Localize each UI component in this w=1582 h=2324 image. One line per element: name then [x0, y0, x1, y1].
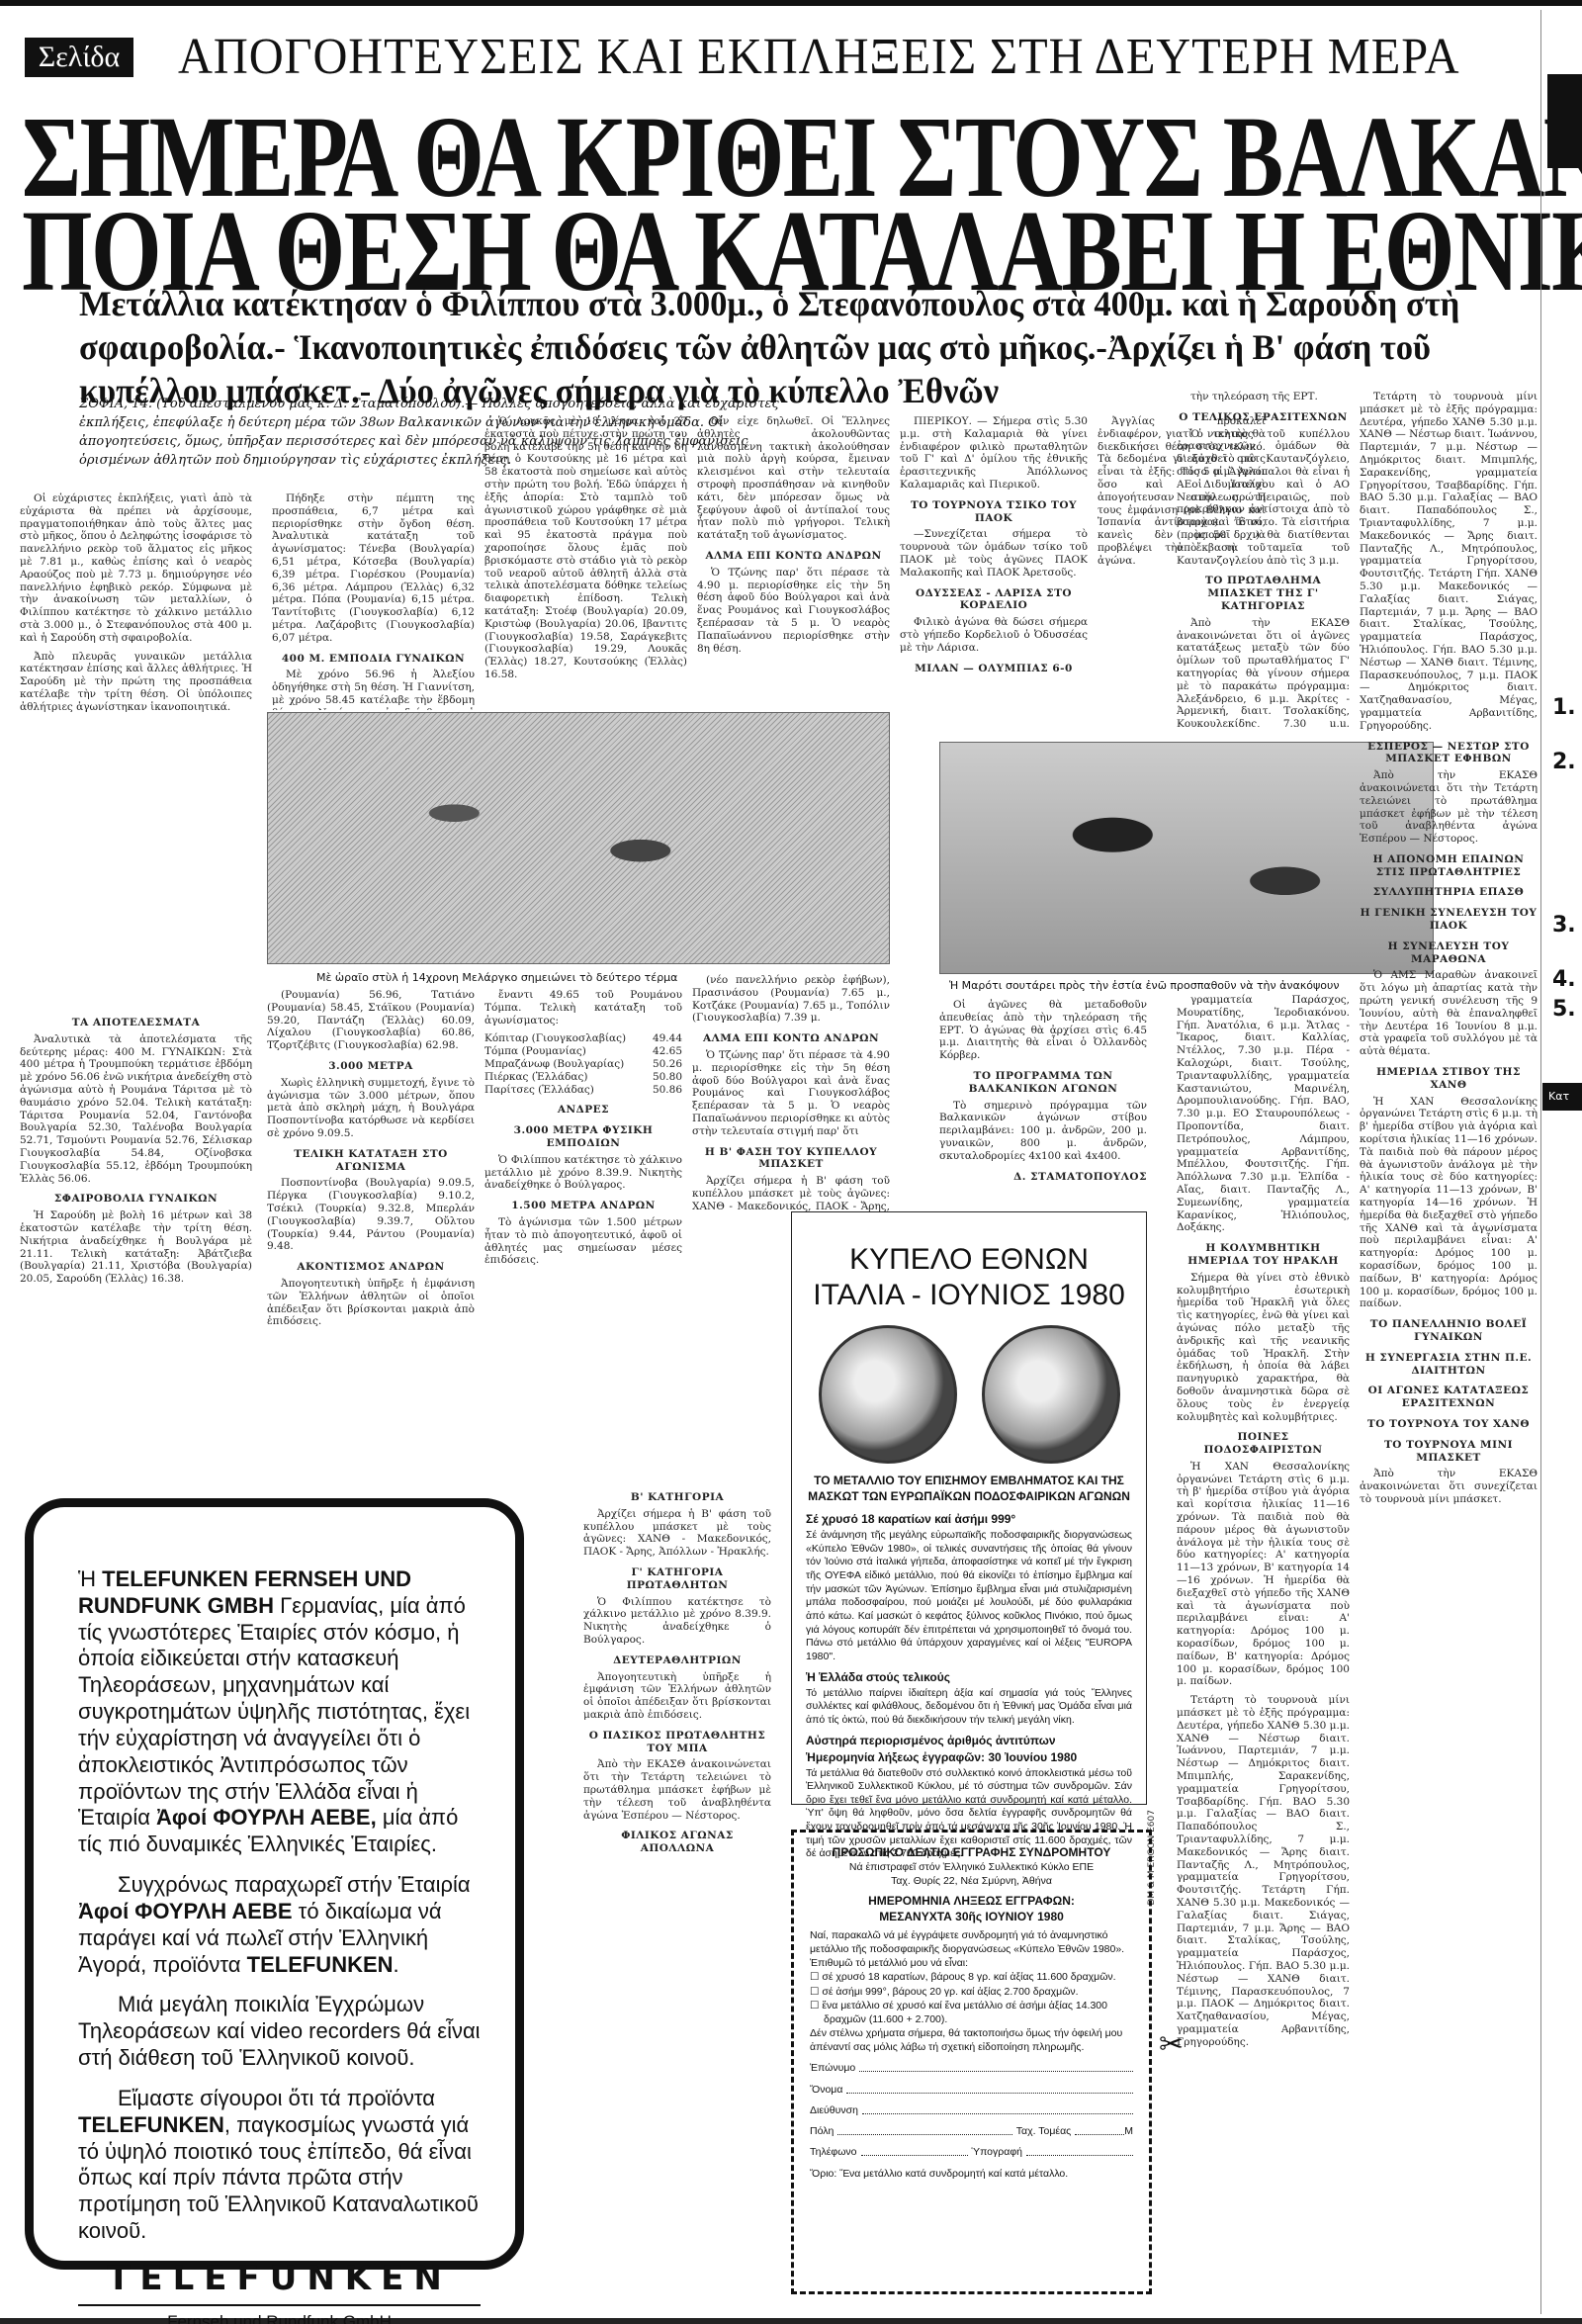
- article-paragraph: Ἀναλυτικὰ τὰ ἀποτελέσματα τῆς δεύτερης μ…: [20, 1033, 252, 1186]
- checkbox-icon[interactable]: ☐: [810, 1971, 822, 1983]
- euro-1980-medal-advertisement: ΚΥΠΕΛΟ ΕΘΝΩΝ ΙΤΑΛΙΑ - ΙΟΥΝΙΟΣ 1980 ΤΟ ΜΕ…: [791, 1211, 1147, 1805]
- section-heading: ΑΝΔΡΕΣ: [484, 1104, 682, 1117]
- coupon-option-both[interactable]: ☐ ἕνα μετάλλιο σέ χρυσό καί ἕνα μετάλλιο…: [810, 1999, 1133, 2026]
- article-paragraph: Ἡ ΧΑΝ Θεσσαλονίκης ὀργανώνει Τετάρτη στὶ…: [1360, 1096, 1538, 1311]
- result-row: Μπραζάνωφ (Βουλγαρίας)50.26: [484, 1058, 682, 1071]
- surname-input-line[interactable]: [859, 2061, 1133, 2072]
- article-paragraph: Ἀπὸ τὴν ΕΚΑΣΘ ἀνακοινώνεται ὅτι συνεχίζε…: [1360, 1468, 1538, 1505]
- name-input-line[interactable]: [846, 2083, 1133, 2094]
- article-paragraph: Ἀπογοητευτικὴ ὑπῆρξε ἡ ἐμφάνιση τῶν Ἑλλή…: [583, 1671, 771, 1722]
- results-column-a: (Ρουμανία) 56.96, Τατιάνο (Ρουμανία) 58.…: [267, 989, 475, 1474]
- page-edge-divider: [1540, 10, 1541, 2314]
- sports-column-1: Οἱ ἀγῶνες θὰ μεταδοθοῦν ἀπευθείας ἀπὸ τὴ…: [939, 999, 1147, 1202]
- section-heading: ΤΟ ΠΡΩΤΑΘΛΗΜΑ ΜΠΑΣΚΕΤ ΤΗΣ Γ' ΚΑΤΗΓΟΡΙΑΣ: [1177, 575, 1350, 612]
- section-heading: Ο ΠΑΣΙΚΟΣ ΠΡΩΤΑΘΛΗΤΗΣ ΤΟΥ ΜΠΑ: [583, 1730, 771, 1755]
- coupon-return-to: Νά ἐπιστραφεῖ στόν Ἑλληνικό Συλλεκτικό Κ…: [810, 1860, 1133, 1874]
- article-paragraph: Μὲ χρόνο 56.96 ἡ Ἀλεξίου ὁδηγήθηκε στὴ 5…: [272, 669, 475, 710]
- checkbox-icon[interactable]: ☐: [810, 1986, 822, 1998]
- article-paragraph: Φιλικὸ ἀγώνα θὰ δώσει σήμερα στὸ γήπεδο …: [900, 616, 1088, 654]
- article-paragraph: δὲν εἶχε δηλωθεῖ. Οἱ Ἕλληνες ἀθλητὲς ἀκο…: [697, 415, 890, 542]
- results-column-b: ἔναντι 49.65 τοῦ Ρουμάνου Τόμπα. Τελικὴ …: [484, 989, 682, 1474]
- page-number-badge: Σελίδα 10: [25, 38, 133, 77]
- section-heading: ΑΛΜΑ ΕΠΙ ΚΟΝΤΩ ΑΝΔΡΩΝ: [697, 550, 890, 563]
- list-number: 4.: [1552, 969, 1582, 999]
- section-heading: ΑΛΜΑ ΕΠΙ ΚΟΝΤΩ ΑΝΔΡΩΝ: [692, 1032, 890, 1045]
- article-column-5: ΠΙΕΡΙΚΟΥ. — Σήμερα στὶς 5.30 μ.μ. στὴ Κα…: [900, 415, 1088, 732]
- phone-signature-field[interactable]: ΤηλέφωνοὙπογραφή: [810, 2145, 1133, 2159]
- section-heading: Η ΑΠΟΝΟΜΗ ΕΠΑΙΝΩΝ ΣΤΙΣ ΠΡΩΤΑΘΛΗΤΡΙΕΣ: [1360, 853, 1538, 879]
- results-column-d: Β' ΚΑΤΗΓΟΡΙΑ Ἀρχίζει σήμερα ἡ Β' φάση το…: [583, 1483, 771, 2304]
- adjacent-page-numbered-list: 1. 2. 3. 4. 5.: [1552, 697, 1582, 1053]
- top-border: [0, 0, 1582, 6]
- section-heading: ΤΕΛΙΚΗ ΚΑΤΑΤΑΞΗ ΣΤΟ ΑΓΩΝΙΣΜΑ: [267, 1148, 475, 1174]
- article-paragraph: Ὁ Τζώνης παρ' ὅτι πέρασε τὰ 4.90 μ. περι…: [697, 567, 890, 656]
- section-heading: ΟΔΥΣΣΕΑΣ - ΛΑΡΙΣΑ ΣΤΟ ΚΟΡΔΕΛΙΟ: [900, 587, 1088, 613]
- city-input-line[interactable]: [837, 2124, 1011, 2135]
- signature-input-line[interactable]: [1026, 2145, 1133, 2156]
- section-heading: Η ΓΕΝΙΚΗ ΣΥΝΕΛΕΥΣΗ ΤΟΥ ΠΑΟΚ: [1360, 907, 1538, 933]
- section-heading: ΦΙΛΙΚΟΣ ΑΓΩΝΑΣ ΑΠΟΛΛΩΝΑ: [583, 1830, 771, 1855]
- article-paragraph: Ὁ Φιλίππου κατέκτησε τὸ χάλκινο μετάλλιο…: [484, 1154, 682, 1192]
- ad-body: Σέ ἀνάμνηση τῆς μεγάλης εὐρωπαϊκῆς ποδοσ…: [806, 1529, 1132, 1663]
- checkbox-icon[interactable]: ☐: [810, 2000, 822, 2011]
- result-row: Παρίτσες (Ἑλλάδας)50.86: [484, 1084, 682, 1097]
- section-heading: Γ' ΚΑΤΗΓΟΡΙΑ ΠΡΩΤΑΘΛΗΤΩΝ: [583, 1566, 771, 1592]
- photo-caption: Ἡ Μαρότι σουτάρει πρὸς τὴν ἑστία ἐνῶ προ…: [949, 979, 1340, 992]
- address-input-line[interactable]: [862, 2103, 1133, 2114]
- coupon-deadline: ΜΕΣΑΝΥΧΤΑ 30ῆς ΙΟΥΝΙΟΥ 1980: [810, 1909, 1133, 1924]
- phone-input-line[interactable]: [861, 2145, 968, 2156]
- section-heading: ΠΟΙΝΕΣ ΠΟΔΟΣΦΑΙΡΙΣΤΩΝ: [1177, 1431, 1350, 1457]
- postal-input-line[interactable]: [1075, 2124, 1124, 2135]
- telefunken-logo-subtitle: Fernseh und Rundfunk GmbH: [78, 2312, 481, 2324]
- city-postal-field[interactable]: ΠόληΤαχ. ΤομέαςΜ: [810, 2124, 1133, 2138]
- ad-paragraph: Μιά μεγάλη ποικιλία Ἐγχρώμων Τηλεοράσεων…: [78, 1992, 481, 2071]
- article-paragraph: Ὁ Τζώνης παρ' ὅτι πέρασε τὰ 4.90 μ. περι…: [692, 1049, 890, 1138]
- coupon-option-silver[interactable]: ☐ σέ ἀσήμι 999°, βάρους 20 γρ. καί ἀξίας…: [810, 1985, 1133, 1999]
- section-heading: 3.000 ΜΕΤΡΑ ΦΥΣΙΚΗ ΕΜΠΟΔΙΩΝ: [484, 1124, 682, 1150]
- section-heading: Ο ΤΕΛΙΚΟΣ ΕΡΑΣΙΤΕΧΝΩΝ: [1177, 411, 1350, 424]
- list-number: 2.: [1552, 752, 1582, 915]
- article-paragraph: Σήμερα θὰ γίνει στὸ ἐθνικὸ κολυμβητήριο …: [1177, 1272, 1350, 1424]
- ad-paragraph: Συγχρόνως παραχωρεῖ στήν Ἑταιρία Ἀφοί ΦΟ…: [78, 1872, 481, 1978]
- coupon-option-gold[interactable]: ☐ σέ χρυσό 18 καρατίων, βάρους 8 γρ. καί…: [810, 1970, 1133, 1984]
- ad-subtitle: ΤΟ ΜΕΤΑΛΛΙΟ ΤΟΥ ΕΠΙΣΗΜΟΥ ΕΜΒΛΗΜΑΤΟΣ ΚΑΙ …: [806, 1474, 1132, 1504]
- section-heading: ΤΑ ΑΠΟΤΕΛΕΣΜΑΤΑ: [20, 1017, 252, 1029]
- ad-paragraph: Εἴμαστε σίγουροι ὅτι τά προϊόντα TELEFUN…: [78, 2086, 481, 2245]
- article-paragraph: Τετάρτη τὸ τουρνουὰ μίνι μπάσκετ μὲ τὸ ἑ…: [1360, 391, 1538, 733]
- article-paragraph: Πήδηξε στὴν πέμπτη της προσπάθεια, 6,7 μ…: [272, 492, 475, 645]
- kicker-headline: ΑΠΟΓΟΗΤΕΥΣΕΙΣ ΚΑΙ ΕΚΠΛΗΞΕΙΣ ΣΤΗ ΔΕΥΤΕΡΗ …: [178, 28, 1420, 86]
- ad-body: Τό μετάλλιο παίρνει ἰδιαίτερη ἀξία καί σ…: [806, 1687, 1132, 1728]
- address-field[interactable]: Διεύθυνση: [810, 2103, 1133, 2117]
- sports-column-2-top: τὴν τηλεόραση τῆς ΕΡΤ. Ο ΤΕΛΙΚΟΣ ΕΡΑΣΙΤΕ…: [1177, 391, 1350, 727]
- photo-water-polo-goal: [267, 712, 890, 964]
- company-name: Ἀφοί ΦΟΥΡΛΗ ΑΕΒΕ: [78, 1899, 293, 1923]
- article-paragraph: Ποσποντίνοβα (Βουλγαρία) 9.09.5, Πέργκα …: [267, 1177, 475, 1253]
- sports-column-3: Τετάρτη τὸ τουρνουὰ μίνι μπάσκετ μὲ τὸ ἑ…: [1360, 391, 1538, 2309]
- medal-football-emblem-icon: [982, 1325, 1120, 1464]
- ad-heading: Αὐστηρά περιορισμένος ἀριθμός ἀντιτύπων: [806, 1734, 1132, 1747]
- section-heading: ΔΕΥΤΕΡΑΘΛΗΤΡΙΩΝ: [583, 1654, 771, 1667]
- coupon-limit-note: Ὅριο: Ἕνα μετάλλιο κατά συνδρομητή καί κ…: [810, 2167, 1133, 2181]
- coupon-deadline: ΗΜΕΡΟΜΗΝΙΑ ΛΗΞΕΩΣ ΕΓΓΡΑΦΩΝ:: [810, 1893, 1133, 1909]
- section-heading: 1.500 ΜΕΤΡΑ ΑΝΔΡΩΝ: [484, 1200, 682, 1212]
- byline: Δ. ΣΤΑΜΑΤΟΠΟΥΛΟΣ: [939, 1171, 1147, 1184]
- list-number: 1.: [1552, 697, 1582, 752]
- article-paragraph: Ἀπὸ τὴν ΕΚΑΣΘ ἀνακοινώνεται ὅτι τὴν Τετά…: [1360, 769, 1538, 846]
- section-heading: ΗΜΕΡΙΔΑ ΣΤΙΒΟΥ ΤΗΣ ΧΑΝΘ: [1360, 1066, 1538, 1092]
- article-paragraph: Τὸ ἀγώνισμα τῶν 1.500 μέτρων ἦταν τὸ πιὸ…: [484, 1216, 682, 1267]
- section-heading: ΣΥΛΛΥΠΗΤΗΡΙΑ ΕΠΑΣΘ: [1360, 886, 1538, 899]
- article-paragraph: Ἀπὸ τὴν ΕΚΑΣΘ ἀνακοινώνεται ὅτι οἱ ἀγῶνε…: [1177, 617, 1350, 727]
- article-column-4: δὲν εἶχε δηλωθεῖ. Οἱ Ἕλληνες ἀθλητὲς ἀκο…: [697, 415, 890, 707]
- coupon-intro: Ναί, παρακαλῶ νά μέ ἐγγράψετε συνδρομητή…: [810, 1928, 1133, 1971]
- ad-title-line2: ΙΤΑΛΙΑ - ΙΟΥΝΙΟΣ 1980: [806, 1278, 1132, 1313]
- section-heading: Η ΣΥΝΕΛΕΥΣΗ ΤΟΥ ΜΑΡΑΘΩΝΑ: [1360, 940, 1538, 966]
- adjacent-page-strip: Κατ: [1542, 1083, 1582, 1111]
- section-heading: Η Β' ΦΑΣΗ ΤΟΥ ΚΥΠΕΛΛΟΥ ΜΠΑΣΚΕΤ: [692, 1146, 890, 1172]
- article-paragraph: Χωρὶς ἑλληνικὴ συμμετοχή, ἔγινε τὸ ἀγώνι…: [267, 1077, 475, 1140]
- article-paragraph: Ὁ ΑΜΣ Μαραθὼν ἀνακοινεῖ ὅτι λόγω μὴ ἀπαρ…: [1360, 969, 1538, 1058]
- section-heading: 400 Μ. ΕΜΠΟΔΙΑ ΓΥΝΑΙΚΩΝ: [272, 653, 475, 666]
- scissors-icon: ✂: [1159, 2027, 1184, 2062]
- article-paragraph: Τὸ σημερινὸ πρόγραμμα τῶν Βαλκανικῶν ἀγώ…: [939, 1100, 1147, 1163]
- section-heading: ΣΦΑΙΡΟΒΟΛΙΑ ΓΥΝΑΙΚΩΝ: [20, 1193, 252, 1206]
- result-row: Κόπιταρ (Γιουγκοσλαβίας)49.44: [484, 1032, 682, 1045]
- section-heading: ΟΙ ΑΓΩΝΕΣ ΚΑΤΑΤΑΞΕΩΣ ΕΡΑΣΙΤΕΧΝΩΝ: [1360, 1385, 1538, 1410]
- section-heading: Η ΣΥΝΕΡΓΑΣΙΑ ΣΤΗΝ Π.Ε. ΔΙΑΙΤΗΤΩΝ: [1360, 1352, 1538, 1378]
- article-paragraph: Ὁ Φιλίππου κατέκτησε τὸ χάλκινο μετάλλιο…: [583, 1596, 771, 1647]
- section-heading: ΜΙΛΑΝ — ΟΛΥΜΠΙΑΣ 6-0: [900, 663, 1088, 675]
- ad-title-line1: ΚΥΠΕΛΟ ΕΘΝΩΝ: [806, 1242, 1132, 1278]
- section-heading: ΑΚΟΝΤΙΣΜΟΣ ΑΝΔΡΩΝ: [267, 1261, 475, 1274]
- coupon-title: ΠΡΟΣΩΠΙΚΟ ΔΕΛΤΙΟ ΕΓΓΡΑΦΗΣ ΣΥΝΔΡΟΜΗΤΟΥ: [810, 1844, 1133, 1860]
- coupon-address: Ταχ. Θυρίς 22, Νέα Σμύρνη, Ἀθήνα: [810, 1874, 1133, 1888]
- article-paragraph: Οἱ εὐχάριστες ἐκπλήξεις, γιατὶ ἀπὸ τὰ εὐ…: [20, 492, 252, 645]
- article-paragraph: (Ρουμανία) 56.96, Τατιάνο (Ρουμανία) 58.…: [267, 989, 475, 1052]
- brand-name: TELEFUNKEN: [78, 2112, 224, 2137]
- section-heading: ΤΟ ΤΟΥΡΝΟΥΑ ΤΟΥ ΧΑΝΘ: [1360, 1418, 1538, 1431]
- article-paragraph: ἔναντι 49.65 τοῦ Ρουμάνου Τόμπα. Τελικὴ …: [484, 989, 682, 1027]
- ad-heading: Ἡ Ἑλλάδα στούς τελικούς: [806, 1670, 1132, 1684]
- article-paragraph: Ἀρχίζει σήμερα ἡ Β' φάση τοῦ κυπέλλου μπ…: [583, 1508, 771, 1559]
- article-paragraph: Ἀρχίζει σήμερα ἡ Β' φάση τοῦ κυπέλλου μπ…: [692, 1175, 890, 1211]
- name-field[interactable]: Ὄνομα: [810, 2083, 1133, 2097]
- section-heading: 3.000 ΜΕΤΡΑ: [267, 1060, 475, 1073]
- section-heading: Β' ΚΑΤΗΓΟΡΙΑ: [583, 1491, 771, 1504]
- article-paragraph: Ὁ τελικὸς τοῦ κυπέλλου ἐρασιτεχνικῶν ὁμά…: [1177, 428, 1350, 568]
- article-paragraph: Τετάρτη τὸ τουρνουὰ μίνι μπάσκετ μὲ τὸ ἑ…: [1177, 1694, 1350, 2048]
- article-paragraph: ΠΙΕΡΙΚΟΥ. — Σήμερα στὶς 5.30 μ.μ. στὴ Κα…: [900, 415, 1088, 492]
- article-paragraph: Ἡ ΧΑΝ Θεσσαλονίκης ὀργανώνει Τετάρτη στὶ…: [1177, 1461, 1350, 1688]
- surname-field[interactable]: Ἐπώνυμο: [810, 2061, 1133, 2075]
- ad-heading: Ἡμερομηνία λήξεως ἐγγραφῶν: 30 Ἰουνίου 1…: [806, 1750, 1132, 1764]
- article-paragraph: —Συνεχίζεται σήμερα τὸ τουρνουὰ τῶν ὁμάδ…: [900, 528, 1088, 579]
- list-number: 5.: [1552, 999, 1582, 1053]
- sports-column-2-bottom: γραμματεία Παράσχος, Μουρατίδης, Ἱεροδια…: [1177, 994, 1350, 2309]
- article-paragraph: Ἀπὸ πλευρᾶς γυναικῶν μετάλλια κατέκτησαν…: [20, 651, 252, 714]
- telefunken-logo: TELEFUNKEN: [78, 2259, 481, 2306]
- section-heading: ΤΟ ΤΟΥΡΝΟΥΑ ΤΣΙΚΟ ΤΟΥ ΠΑΟΚ: [900, 499, 1088, 525]
- article-paragraph: Ἀπογοητευτικὴ ὑπῆρξε ἡ ἐμφάνιση τῶν Ἑλλή…: [267, 1278, 475, 1328]
- ad-heading: Σέ χρυσό 18 καρατίων καί ἀσήμι 999°: [806, 1512, 1132, 1526]
- result-row: Τόμπα (Ρουμανίας)42.65: [484, 1045, 682, 1058]
- article-column-1-results: ΤΑ ΑΠΟΤΕΛΕΣΜΑΤΑ Ἀναλυτικὰ τὰ ἀποτελέσματ…: [20, 1009, 252, 1474]
- medal-images: [806, 1325, 1132, 1464]
- article-column-1: Οἱ εὐχάριστες ἐκπλήξεις, γιατὶ ἀπὸ τὰ εὐ…: [20, 492, 252, 1007]
- list-number: 3.: [1552, 915, 1582, 969]
- article-paragraph: τὴν τηλεόραση τῆς ΕΡΤ.: [1177, 391, 1350, 403]
- telefunken-advertisement: Ἡ TELEFUNKEN FERNSEH UND RUNDFUNK GMBH Γ…: [25, 1498, 524, 2270]
- company-name: Ἀφοί ΦΟΥΡΛΗ ΑΕΒΕ,: [156, 1805, 377, 1830]
- article-paragraph: Οἱ ἀγῶνες θὰ μεταδοθοῦν ἀπευθείας ἀπὸ τὴ…: [939, 999, 1147, 1062]
- article-paragraph: Ἀπὸ τὴν ΕΚΑΣΘ ἀνακοινώνεται ὅτι τὴν Τετά…: [583, 1758, 771, 1822]
- article-column-2: Πήδηξε στὴν πέμπτη της προσπάθεια, 6,7 μ…: [272, 492, 475, 710]
- article-paragraph: Ἡ Σαρούδη μὲ βολὴ 16 μέτρων καὶ 38 ἑκατο…: [20, 1209, 252, 1286]
- subscription-coupon: ΠΡΟΣΩΠΙΚΟ ΔΕΛΤΙΟ ΕΓΓΡΑΦΗΣ ΣΥΝΔΡΟΜΗΤΟΥ Νά…: [791, 1830, 1152, 2294]
- medal-pinocchio-mascot-icon: [819, 1325, 957, 1464]
- section-heading: ΤΟ ΠΡΟΓΡΑΜΜΑ ΤΩΝ ΒΑΛΚΑΝΙΚΩΝ ΑΓΩΝΩΝ: [939, 1070, 1147, 1096]
- adjacent-page-black-tab: [1547, 74, 1582, 168]
- brand-name: TELEFUNKEN: [247, 1952, 394, 1977]
- section-heading: Η ΚΟΛΥΜΒΗΤΙΚΗ ΗΜΕΡΙΔΑ ΤΟΥ ΗΡΑΚΛΗ: [1177, 1242, 1350, 1268]
- section-heading: ΤΟ ΠΑΝΕΛΛΗΝΙΟ ΒΟΛΕΪ ΓΥΝΑΙΚΩΝ: [1360, 1318, 1538, 1344]
- result-row: Πιέρκας (Ἑλλάδας)50.80: [484, 1071, 682, 1084]
- article-paragraph: γραμματεία Παράσχος, Μουρατίδης, Ἱεροδια…: [1177, 994, 1350, 1234]
- article-paragraph: Ὁ Λουκᾶς μὲ 18 μέτρα καὶ 27 ἑκατοστὰ ποὺ…: [484, 415, 687, 681]
- section-heading: ΤΟ ΤΟΥΡΝΟΥΑ ΜΙΝΙ ΜΠΑΣΚΕΤ: [1360, 1439, 1538, 1465]
- results-column-c: (νέο πανελλήνιο ρεκὸρ ἐφήβων), Πρασινάσο…: [692, 974, 890, 1211]
- photo-caption: Μὲ ὡραῖο στὺλ ἡ 14χρονη Μελάργκο σημειών…: [316, 971, 677, 984]
- section-heading: ΕΣΠΕΡΟΣ — ΝΕΣΤΩΡ ΣΤΟ ΜΠΑΣΚΕΤ ΕΦΗΒΩΝ: [1360, 741, 1538, 766]
- article-paragraph: (νέο πανελλήνιο ρεκὸρ ἐφήβων), Πρασινάσο…: [692, 974, 890, 1025]
- article-column-3: Ὁ Λουκᾶς μὲ 18 μέτρα καὶ 27 ἑκατοστὰ ποὺ…: [484, 415, 687, 707]
- ad-paragraph: Ἡ TELEFUNKEN FERNSEH UND RUNDFUNK GMBH Γ…: [78, 1566, 481, 1858]
- coupon-payment-note: Δέν στέλνω χρήματα σήμερα, θά τακτοποιήσ…: [810, 2026, 1133, 2054]
